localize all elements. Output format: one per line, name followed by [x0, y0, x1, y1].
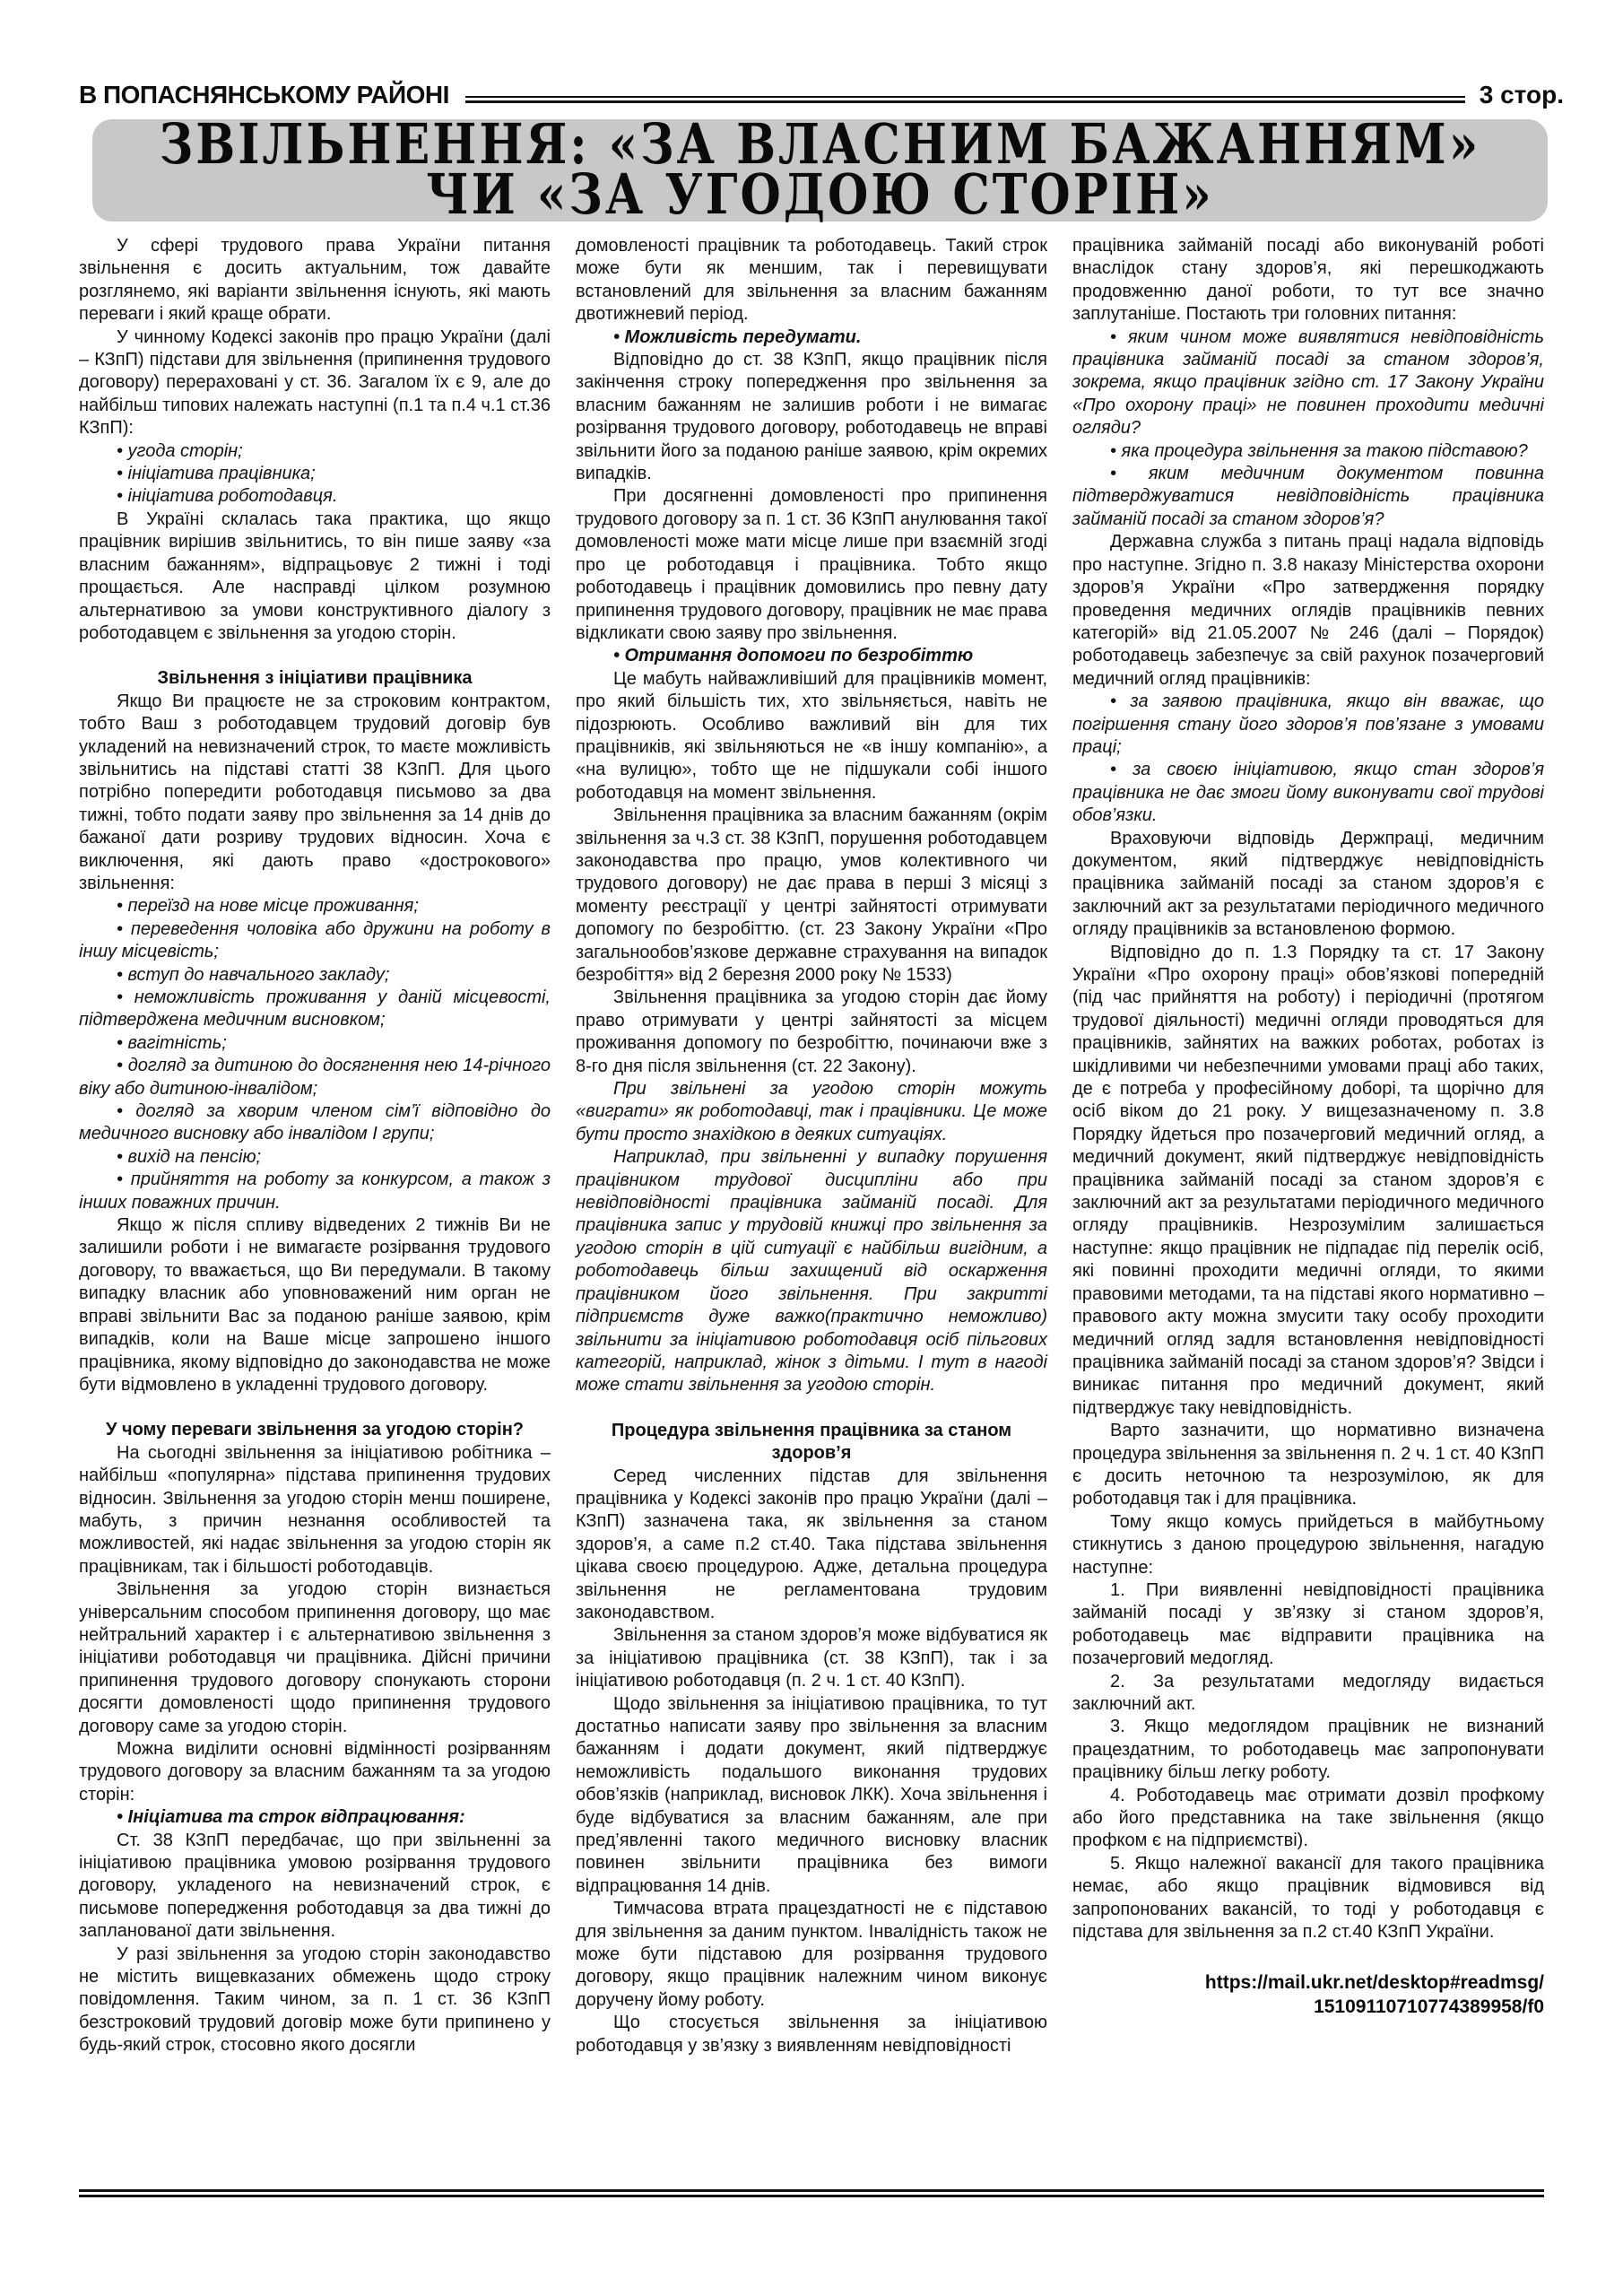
bullet-heading: • Можливість передумати.: [576, 326, 1047, 349]
paragraph: В Україні склалась така практика, що якщ…: [79, 509, 551, 645]
section-heading: Звільнення з ініціативи працівника: [79, 667, 551, 690]
bullet-item: • за своєю ініціативою, якщо стан здоров…: [1072, 759, 1544, 827]
bullet-item: • переїзд на нове місце проживання;: [79, 895, 551, 918]
article-source-url[interactable]: https://mail.ukr.net/desktop#readmsg/ 15…: [1072, 1970, 1544, 2019]
article-column: працівника займаній посаді або виконуван…: [1072, 235, 1544, 2179]
bullet-heading: • Ініціатива та строк відпрацювання:: [79, 1806, 551, 1829]
paragraph: 5. Якщо належної вакансії для такого пра…: [1072, 1853, 1544, 1944]
article-body: У сфері трудового права України питання …: [79, 235, 1544, 2179]
article-column: У сфері трудового права України питання …: [79, 235, 551, 2179]
bullet-item: • вагітність;: [79, 1032, 551, 1055]
paragraph: Наприклад, при звільненні у випадку пору…: [576, 1146, 1047, 1396]
page-header: В ПОПАСНЯНСЬКОМУ РАЙОНІ 3 стор.: [79, 81, 1564, 109]
paragraph: 1. При виявленні невідповідності працівн…: [1072, 1579, 1544, 1671]
page-number: 3 стор.: [1480, 81, 1564, 109]
paragraph: Серед численних підстав для звільнення п…: [576, 1465, 1047, 1625]
article-headline-box: ЗВІЛЬНЕННЯ: «ЗА ВЛАСНИМ БАЖАННЯМ» ЧИ «ЗА…: [92, 119, 1548, 222]
bullet-item: • яким чином може виявлятися невідповідн…: [1072, 326, 1544, 440]
paragraph: 4. Роботодавець має отримати дозвіл проф…: [1072, 1785, 1544, 1853]
paragraph: працівника займаній посаді або виконуван…: [1072, 235, 1544, 326]
headline-line-2: ЧИ «ЗА УГОДОЮ СТОРІН»: [426, 166, 1214, 225]
bullet-item: • неможливість проживання у даній місцев…: [79, 987, 551, 1032]
bullet-item: • ініціатива працівника;: [79, 463, 551, 485]
bullet-item: • угода сторін;: [79, 440, 551, 463]
paragraph: Якщо ж після спливу відведених 2 тижнів …: [79, 1214, 551, 1396]
bullet-item: • переведення чоловіка або дружини на ро…: [79, 918, 551, 964]
paragraph: Звільнення за угодою сторін визнається у…: [79, 1578, 551, 1738]
paragraph: Відповідно до п. 1.3 Порядку та ст. 17 З…: [1072, 942, 1544, 1421]
paragraph: Щодо звільнення за ініціативою працівник…: [576, 1693, 1047, 1899]
paragraph: 3. Якщо медоглядом працівник не визнаний…: [1072, 1716, 1544, 1784]
paragraph: Варто зазначити, що нормативно визначена…: [1072, 1420, 1544, 1511]
newspaper-page: В ПОПАСНЯНСЬКОМУ РАЙОНІ 3 стор. ЗВІЛЬНЕН…: [0, 0, 1623, 2296]
paragraph: Тому якщо комусь прийдеться в майбутньом…: [1072, 1511, 1544, 1579]
paragraph: Тимчасова втрата працездатності не є під…: [576, 1898, 1047, 2012]
bullet-item: • ініціатива роботодавця.: [79, 485, 551, 508]
paragraph: На сьогодні звільнення за ініціативою ро…: [79, 1442, 551, 1578]
bullet-item: • догляд за хворим членом сім’ї відповід…: [79, 1100, 551, 1146]
section-title: В ПОПАСНЯНСЬКОМУ РАЙОНІ: [79, 81, 449, 109]
bottom-divider-rule: [79, 2189, 1544, 2197]
paragraph: домовленості працівник та роботодавець. …: [576, 235, 1047, 326]
bullet-item: • яка процедура звільнення за такою підс…: [1072, 440, 1544, 463]
paragraph: Звільнення працівника за угодою сторін д…: [576, 987, 1047, 1078]
paragraph: Якщо Ви працюєте не за строковим контрак…: [79, 691, 551, 896]
paragraph: Звільнення працівника за власним бажання…: [576, 804, 1047, 987]
paragraph: Це мабуть найважливіший для працівників …: [576, 668, 1047, 804]
paragraph: Враховуючи відповідь Держпраці, медичним…: [1072, 828, 1544, 942]
bullet-item: • за заявою працівника, якщо він вважає,…: [1072, 691, 1544, 759]
bullet-heading: • Отримання допомоги по безробіттю: [576, 645, 1047, 667]
paragraph: Що стосується звільнення за ініціативою …: [576, 2012, 1047, 2057]
paragraph: Ст. 38 КЗпП передбачає, що при звільненн…: [79, 1830, 551, 1944]
bullet-item: • яким медичним документом повинна підтв…: [1072, 463, 1544, 531]
paragraph: 2. За результатами медогляду видається з…: [1072, 1671, 1544, 1717]
paragraph: При звільнені за угодою сторін можуть «в…: [576, 1078, 1047, 1146]
paragraph: У разі звільнення за угодою сторін закон…: [79, 1944, 551, 2057]
paragraph: Державна служба з питань праці надала ві…: [1072, 531, 1544, 691]
paragraph: Звільнення за станом здоров’я може відбу…: [576, 1624, 1047, 1692]
section-heading: Процедура звільнення працівника за стано…: [576, 1420, 1047, 1465]
article-column: домовленості працівник та роботодавець. …: [576, 235, 1047, 2179]
bullet-item: • прийняття на роботу за конкурсом, а та…: [79, 1169, 551, 1214]
paragraph: У сфері трудового права України питання …: [79, 235, 551, 326]
paragraph: У чинному Кодексі законів про працю Укра…: [79, 326, 551, 440]
bullet-item: • вихід на пенсію;: [79, 1146, 551, 1169]
paragraph: Відповідно до ст. 38 КЗпП, якщо працівни…: [576, 349, 1047, 485]
section-heading: У чому переваги звільнення за угодою сто…: [79, 1419, 551, 1441]
paragraph: Можна виділити основні відмінності розір…: [79, 1738, 551, 1806]
header-divider-rule: [465, 96, 1465, 103]
paragraph: При досягненні домовленості про припинен…: [576, 485, 1047, 645]
bullet-item: • догляд за дитиною до досягнення нею 14…: [79, 1055, 551, 1100]
bullet-item: • вступ до навчального закладу;: [79, 964, 551, 987]
